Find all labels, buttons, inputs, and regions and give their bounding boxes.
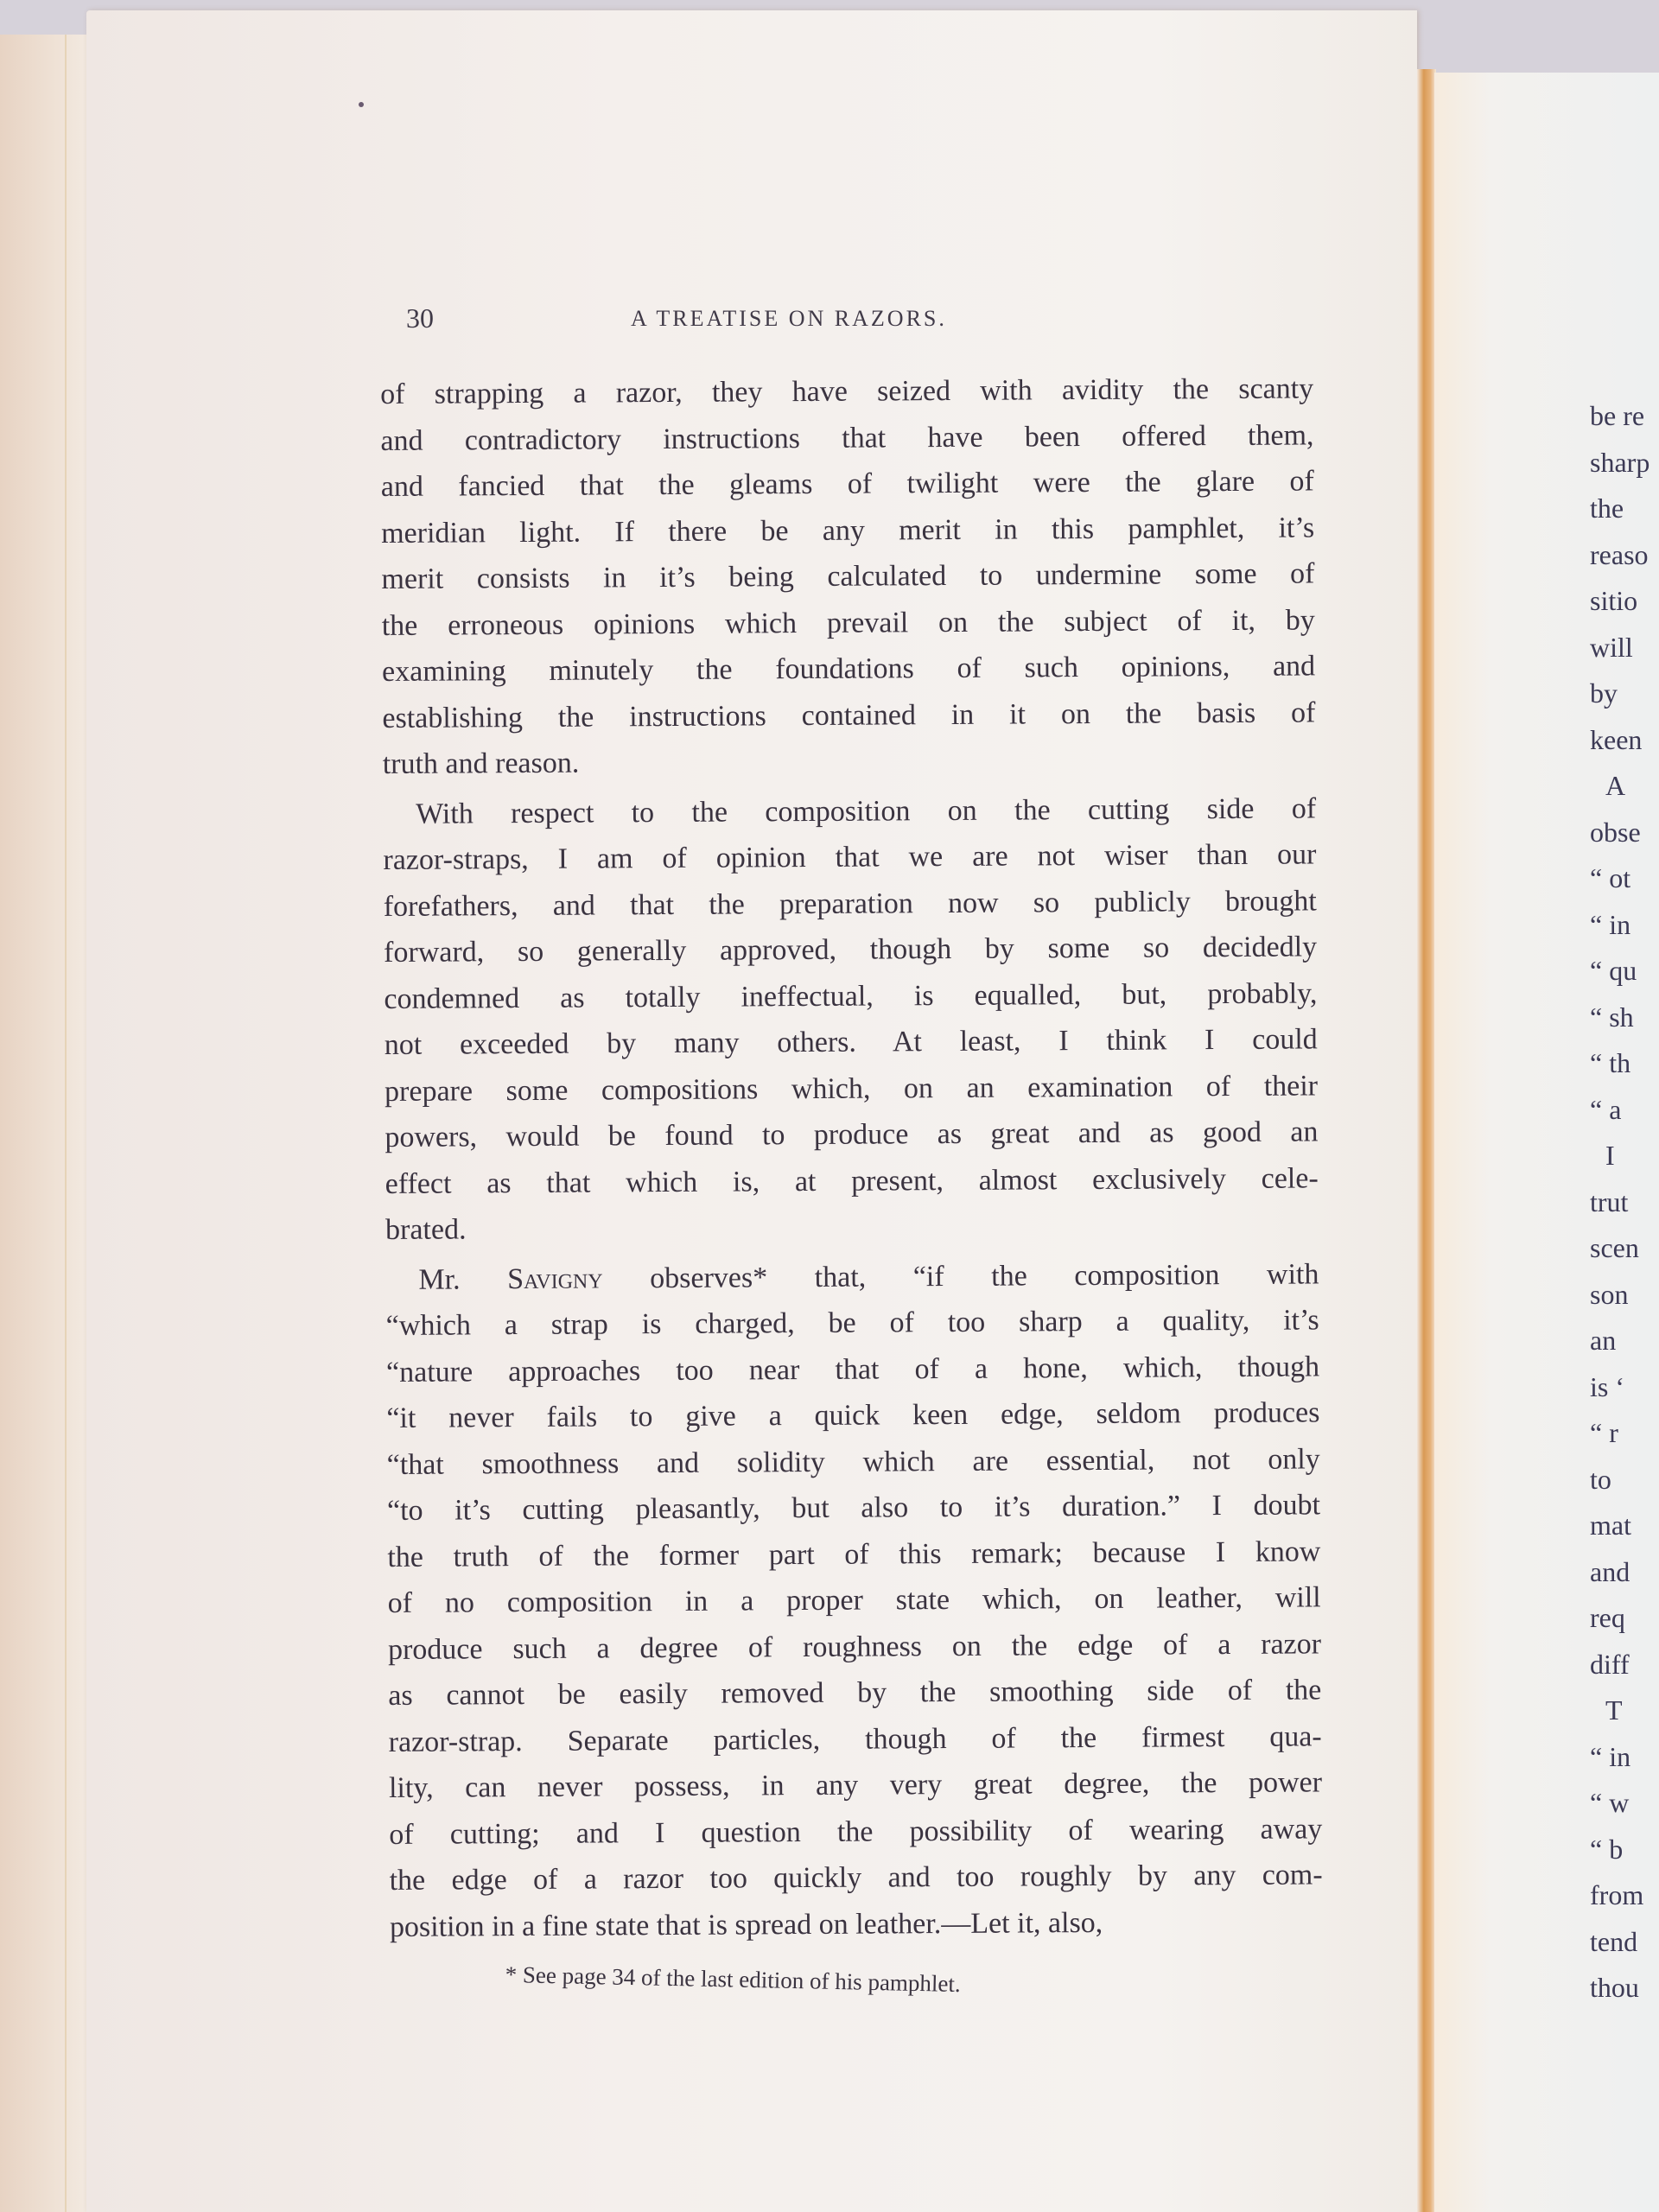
text-line: powers, would be found to produce as gre…	[385, 1109, 1318, 1160]
right-page-line-fragment: by	[1590, 671, 1649, 717]
right-page-line-fragment: trut	[1590, 1179, 1649, 1226]
text-line: of strapping a razor, they have seized w…	[380, 365, 1313, 417]
right-page-line-fragment: “ in	[1590, 1734, 1649, 1781]
right-page-line-fragment: son	[1590, 1272, 1649, 1319]
right-page-line-fragment: diff	[1590, 1642, 1649, 1688]
text-line: “nature approaches too near that of a ho…	[386, 1344, 1319, 1395]
right-page-line-fragment: “ a	[1590, 1087, 1649, 1134]
right-page-line-fragment: will	[1590, 625, 1649, 671]
text-line: not exceeded by many others. At least, I…	[385, 1016, 1318, 1068]
text-line: merit consists in it’s being calculated …	[381, 550, 1314, 602]
text-line: brated.	[385, 1201, 1319, 1253]
text-line: the erroneous opinions which prevail on …	[382, 597, 1315, 649]
text-line: effect as that which is, at present, alm…	[385, 1155, 1319, 1207]
text-line: truth and reason.	[383, 735, 1316, 787]
text-line: “that smoothness and solidity which are …	[387, 1436, 1320, 1488]
right-page-line-fragment: tend	[1590, 1919, 1649, 1966]
text-line: the edge of a razor too quickly and too …	[390, 1852, 1323, 1904]
right-page-line-fragment: “ sh	[1590, 995, 1649, 1041]
text-line: “it never fails to give a quick keen edg…	[386, 1389, 1319, 1441]
text-line: forefathers, and that the preparation no…	[384, 878, 1317, 930]
right-page-line-fragment: scen	[1590, 1225, 1649, 1272]
right-page-line-fragment: “ qu	[1590, 948, 1649, 995]
text-line: lity, can never possess, in any very gre…	[389, 1759, 1322, 1811]
right-page-line-fragment: obse	[1590, 810, 1649, 856]
author-name-small-caps: Savigny	[507, 1262, 603, 1295]
ink-speck	[359, 102, 364, 107]
right-page-text-fragments: be resharpthereasositiowillbykeenAobse“ …	[1590, 393, 1649, 2012]
right-page-line-fragment: sharp	[1590, 440, 1649, 486]
text-line: prepare some compositions which, on an e…	[385, 1063, 1318, 1115]
right-page-line-fragment: T	[1590, 1688, 1649, 1734]
right-page-line-fragment: sitio	[1590, 578, 1649, 625]
right-page-line-fragment: the	[1590, 486, 1649, 532]
right-page-line-fragment: mat	[1590, 1503, 1649, 1549]
right-page-line-fragment: keen	[1590, 717, 1649, 764]
right-page-line-fragment: “ r	[1590, 1410, 1649, 1457]
right-page-line-fragment: thou	[1590, 1965, 1649, 2012]
right-page-line-fragment: “ ot	[1590, 855, 1649, 902]
text-line: razor-strap. Separate particles, though …	[389, 1713, 1322, 1765]
right-page-line-fragment: an	[1590, 1318, 1649, 1364]
text-line: Mr. Savigny observes* that, “if the comp…	[385, 1251, 1319, 1303]
text-line: condemned as totally ineffectual, is equ…	[384, 970, 1317, 1022]
right-page-line-fragment: reaso	[1590, 532, 1649, 579]
right-page-line-fragment: “ th	[1590, 1040, 1649, 1087]
text-line: establishing the instructions contained …	[382, 690, 1315, 741]
text-line: as cannot be easily removed by the smoot…	[388, 1667, 1321, 1719]
text-line: and contradictory instructions that have…	[380, 412, 1313, 464]
right-page-line-fragment: req	[1590, 1595, 1649, 1642]
text-line: position in a fine state that is spread …	[390, 1898, 1323, 1950]
body-text: of strapping a razor, they have seized w…	[380, 365, 1323, 1950]
text-line: forward, so generally approved, though b…	[384, 924, 1317, 976]
right-page-line-fragment: be re	[1590, 393, 1649, 440]
right-page-line-fragment: to	[1590, 1457, 1649, 1503]
underlying-page-edges	[0, 35, 95, 2212]
text-line: and fancied that the gleams of twilight …	[381, 458, 1314, 510]
page-number: 30	[406, 302, 434, 334]
text-line: meridian light. If there be any merit in…	[381, 505, 1314, 556]
text-line: “which a strap is charged, be of too sha…	[386, 1297, 1319, 1349]
right-page-line-fragment: from	[1590, 1872, 1649, 1919]
text-line: of cutting; and I question the possibili…	[389, 1806, 1322, 1858]
right-page-line-fragment: is ‘	[1590, 1364, 1649, 1411]
running-head-title: A TREATISE ON RAZORS.	[631, 306, 947, 332]
right-page-line-fragment: “ b	[1590, 1827, 1649, 1873]
text-line: produce such a degree of roughness on th…	[388, 1621, 1321, 1673]
text-line: examining minutely the foundations of su…	[382, 643, 1315, 695]
right-page-line-fragment: I	[1590, 1133, 1649, 1179]
text-line: of no composition in a proper state whic…	[388, 1574, 1321, 1626]
text-line: “to it’s cutting pleasantly, but also to…	[387, 1482, 1320, 1534]
text-line: razor-straps, I am of opinion that we ar…	[383, 831, 1316, 883]
text-line: the truth of the former part of this rem…	[387, 1529, 1320, 1580]
right-page-line-fragment: A	[1590, 763, 1649, 810]
right-page-line-fragment: “ in	[1590, 902, 1649, 949]
right-page-line-fragment: and	[1590, 1549, 1649, 1596]
right-page-line-fragment: “ w	[1590, 1780, 1649, 1827]
text-line: With respect to the composition on the c…	[383, 785, 1316, 837]
running-head: 30 A TREATISE ON RAZORS.	[406, 302, 1305, 337]
book-gutter	[1417, 69, 1436, 2212]
